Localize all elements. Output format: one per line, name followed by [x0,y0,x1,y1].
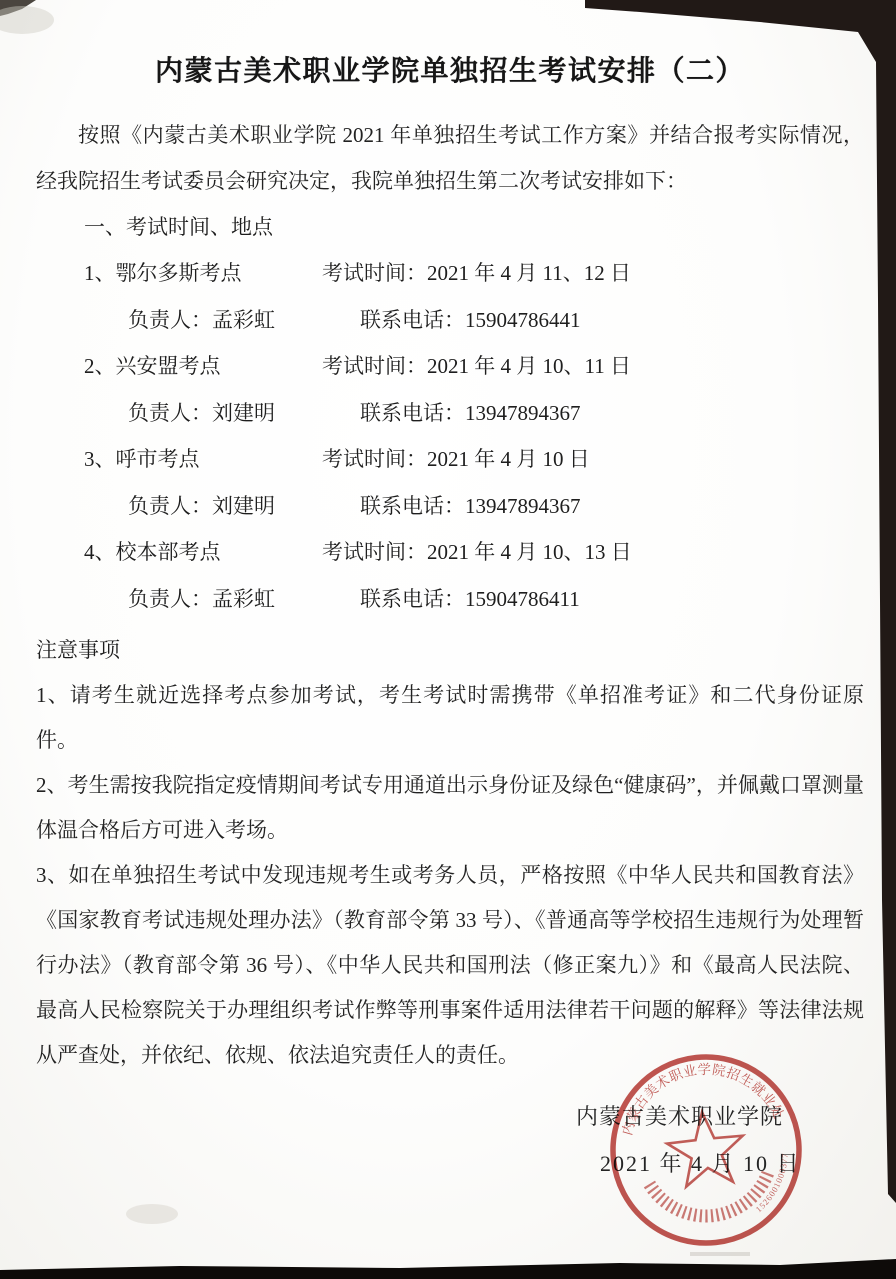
seal-serial: 1526001000377 [748,1151,796,1215]
seal-star-icon [664,1108,747,1188]
exam-site-contact-row: 负责人：刘建明 联系电话：13947894367 [128,390,864,437]
manager-name: 负责人：孟彩虹 [128,576,360,623]
exam-time: 考试时间：2021 年 4 月 10 日 [322,436,590,483]
exam-time: 考试时间：2021 年 4 月 10、11 日 [322,343,631,390]
exam-site-row: 1、鄂尔多斯考点 考试时间：2021 年 4 月 11、12 日 [84,250,864,297]
intro-paragraph: 按照《内蒙古美术职业学院 2021 年单独招生考试工作方案》并结合报考实际情况，… [36,112,864,204]
exam-time: 考试时间：2021 年 4 月 10、13 日 [322,529,632,576]
seal-mongolian-script [649,1171,772,1221]
note-item: 1、请考生就近选择考点参加考试，考生考试时需携带《单招准考证》和二代身份证原件。 [36,673,864,763]
contact-phone: 联系电话：15904786411 [360,576,580,623]
manager-name: 负责人：刘建明 [128,483,360,530]
exam-site-name: 4、校本部考点 [84,529,322,576]
exam-time: 考试时间：2021 年 4 月 11、12 日 [322,250,631,297]
exam-site-row: 4、校本部考点 考试时间：2021 年 4 月 10、13 日 [84,529,864,576]
scanned-document-page: 内蒙古美术职业学院单独招生考试安排（二） 按照《内蒙古美术职业学院 2021 年… [0,0,896,1279]
exam-site-contact-row: 负责人：刘建明 联系电话：13947894367 [128,483,864,530]
section-heading: 一、考试时间、地点 [84,204,864,250]
contact-phone: 联系电话：13947894367 [360,390,581,437]
exam-site-name: 3、呼市考点 [84,436,322,483]
official-seal: 内蒙古美术职业学院招生就业处 1526001000377 [596,1040,816,1260]
contact-phone: 联系电话：13947894367 [360,483,581,530]
note-item: 3、如在单独招生考试中发现违规考生或考务人员，严格按照《中华人民共和国教育法》《… [36,853,864,1078]
notes-heading: 注意事项 [36,628,864,673]
manager-name: 负责人：刘建明 [128,390,360,437]
exam-site-row: 3、呼市考点 考试时间：2021 年 4 月 10 日 [84,436,864,483]
exam-site-contact-row: 负责人：孟彩虹 联系电话：15904786411 [128,576,864,623]
exam-site-name: 1、鄂尔多斯考点 [84,250,322,297]
exam-site-name: 2、兴安盟考点 [84,343,322,390]
exam-site-row: 2、兴安盟考点 考试时间：2021 年 4 月 10、11 日 [84,343,864,390]
note-item: 2、考生需按我院指定疫情期间考试专用通道出示身份证及绿色“健康码”，并佩戴口罩测… [36,763,864,853]
exam-site-contact-row: 负责人：孟彩虹 联系电话：15904786441 [128,297,864,344]
page-title: 内蒙古美术职业学院单独招生考试安排（二） [36,54,864,90]
manager-name: 负责人：孟彩虹 [128,297,360,344]
contact-phone: 联系电话：15904786441 [360,297,581,344]
